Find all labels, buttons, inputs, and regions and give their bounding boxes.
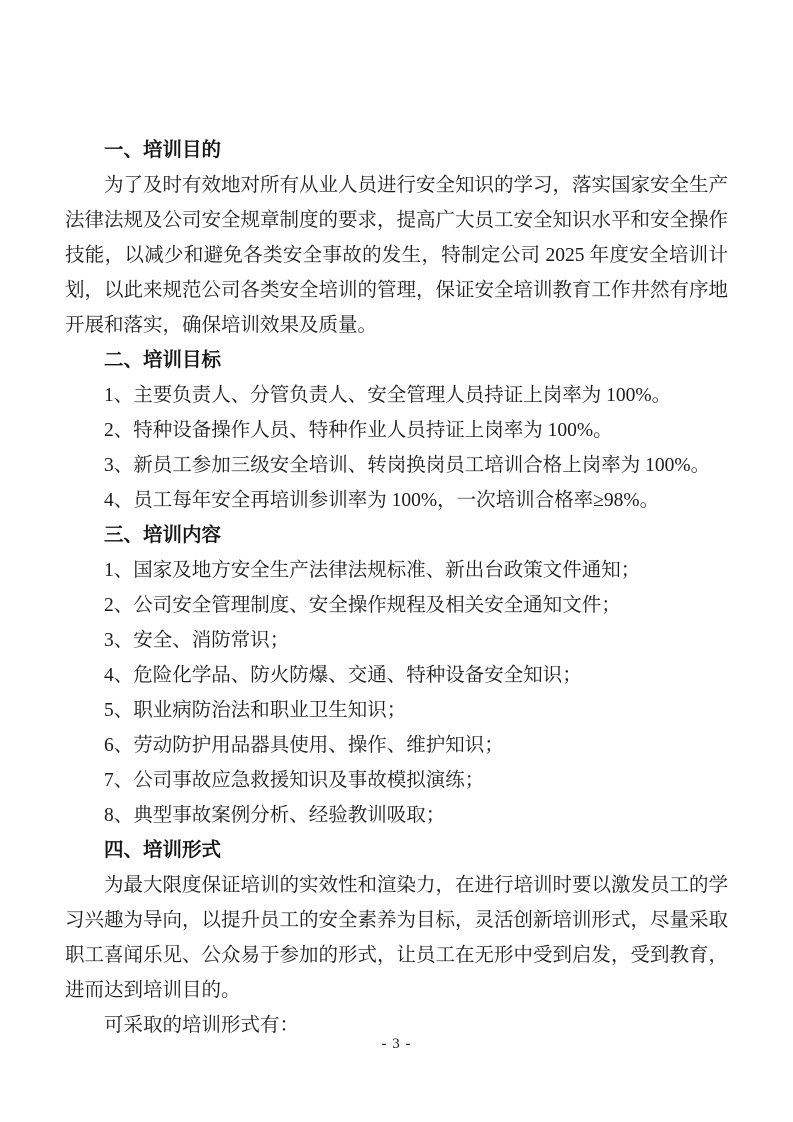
training-content-item-6: 6、劳动防护用品器具使用、操作、维护知识；: [65, 728, 728, 763]
training-content-item-8: 8、典型事故案例分析、经验教训吸取；: [65, 798, 728, 833]
training-content-item-4: 4、危险化学品、防火防爆、交通、特种设备安全知识；: [65, 658, 728, 693]
training-format-paragraph: 为最大限度保证培训的实效性和渲染力，在进行培训时要以激发员工的学习兴趣为导向，以…: [65, 868, 728, 1008]
training-goal-item-3: 3、新员工参加三级安全培训、转岗换岗员工培训合格上岗率为 100%。: [65, 448, 728, 483]
training-goal-item-1: 1、主要负责人、分管负责人、安全管理人员持证上岗率为 100%。: [65, 378, 728, 413]
training-content-item-2: 2、公司安全管理制度、安全操作规程及相关安全通知文件；: [65, 588, 728, 623]
training-content-item-5: 5、职业病防治法和职业卫生知识；: [65, 693, 728, 728]
document-body: 一、培训目的 为了及时有效地对所有从业人员进行安全知识的学习，落实国家安全生产法…: [65, 133, 728, 1043]
training-goal-item-4: 4、员工每年安全再培训参训率为 100%，一次培训合格率≥98%。: [65, 483, 728, 518]
section-heading-training-purpose: 一、培训目的: [65, 133, 728, 168]
document-page: 一、培训目的 为了及时有效地对所有从业人员进行安全知识的学习，落实国家安全生产法…: [0, 0, 793, 1122]
training-content-item-3: 3、安全、消防常识；: [65, 623, 728, 658]
training-content-item-1: 1、国家及地方安全生产法律法规标准、新出台政策文件通知；: [65, 553, 728, 588]
training-content-item-7: 7、公司事故应急救援知识及事故模拟演练；: [65, 763, 728, 798]
page-number: - 3 -: [0, 1032, 793, 1056]
section-heading-training-format: 四、培训形式: [65, 833, 728, 868]
section-heading-training-goals: 二、培训目标: [65, 343, 728, 378]
section-heading-training-content: 三、培训内容: [65, 518, 728, 553]
training-goal-item-2: 2、特种设备操作人员、特种作业人员持证上岗率为 100%。: [65, 413, 728, 448]
training-purpose-paragraph: 为了及时有效地对所有从业人员进行安全知识的学习，落实国家安全生产法律法规及公司安…: [65, 168, 728, 343]
